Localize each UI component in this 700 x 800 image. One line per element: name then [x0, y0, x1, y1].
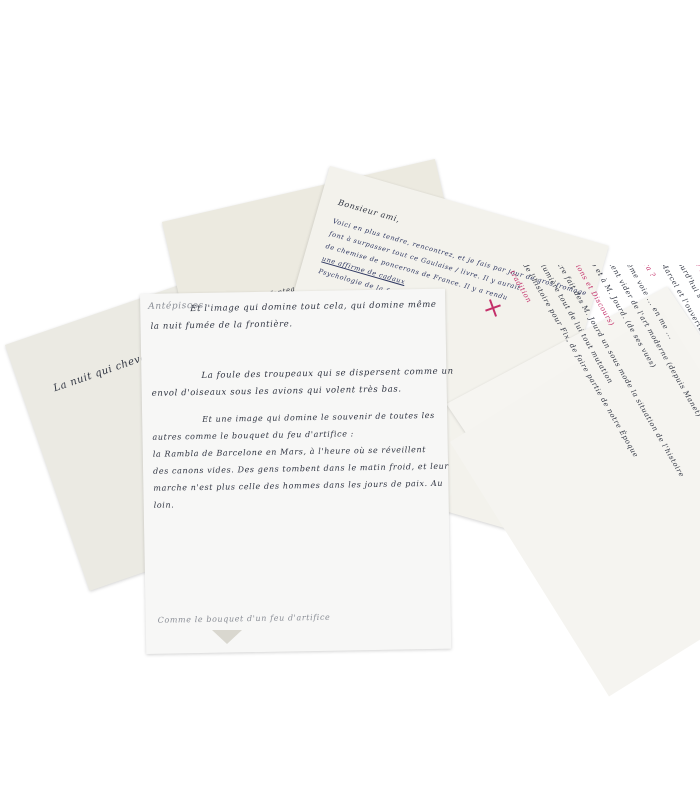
folded-corner	[212, 630, 242, 644]
footer-note: Comme le bouquet d'un feu d'artifice	[158, 613, 331, 625]
main-manuscript-sheet: Antépiscos Et l'image qui domine tout ce…	[140, 289, 451, 654]
annotated-sheet-writing: Je vais de l'ombre à la lumière de ... M…	[440, 265, 700, 615]
paragraph-3: Et une image qui domine le souvenir de t…	[152, 407, 450, 514]
paragraph-2: La foule des troupeaux qui se dispersent…	[201, 364, 454, 402]
handwritten-line: la nuit fumée de la frontière.	[150, 314, 437, 336]
handwritten-line: envol d'oiseaux sous les avions qui vole…	[152, 381, 455, 403]
paragraph-1: Et l'image qui domine tout cela, qui dom…	[190, 297, 437, 335]
